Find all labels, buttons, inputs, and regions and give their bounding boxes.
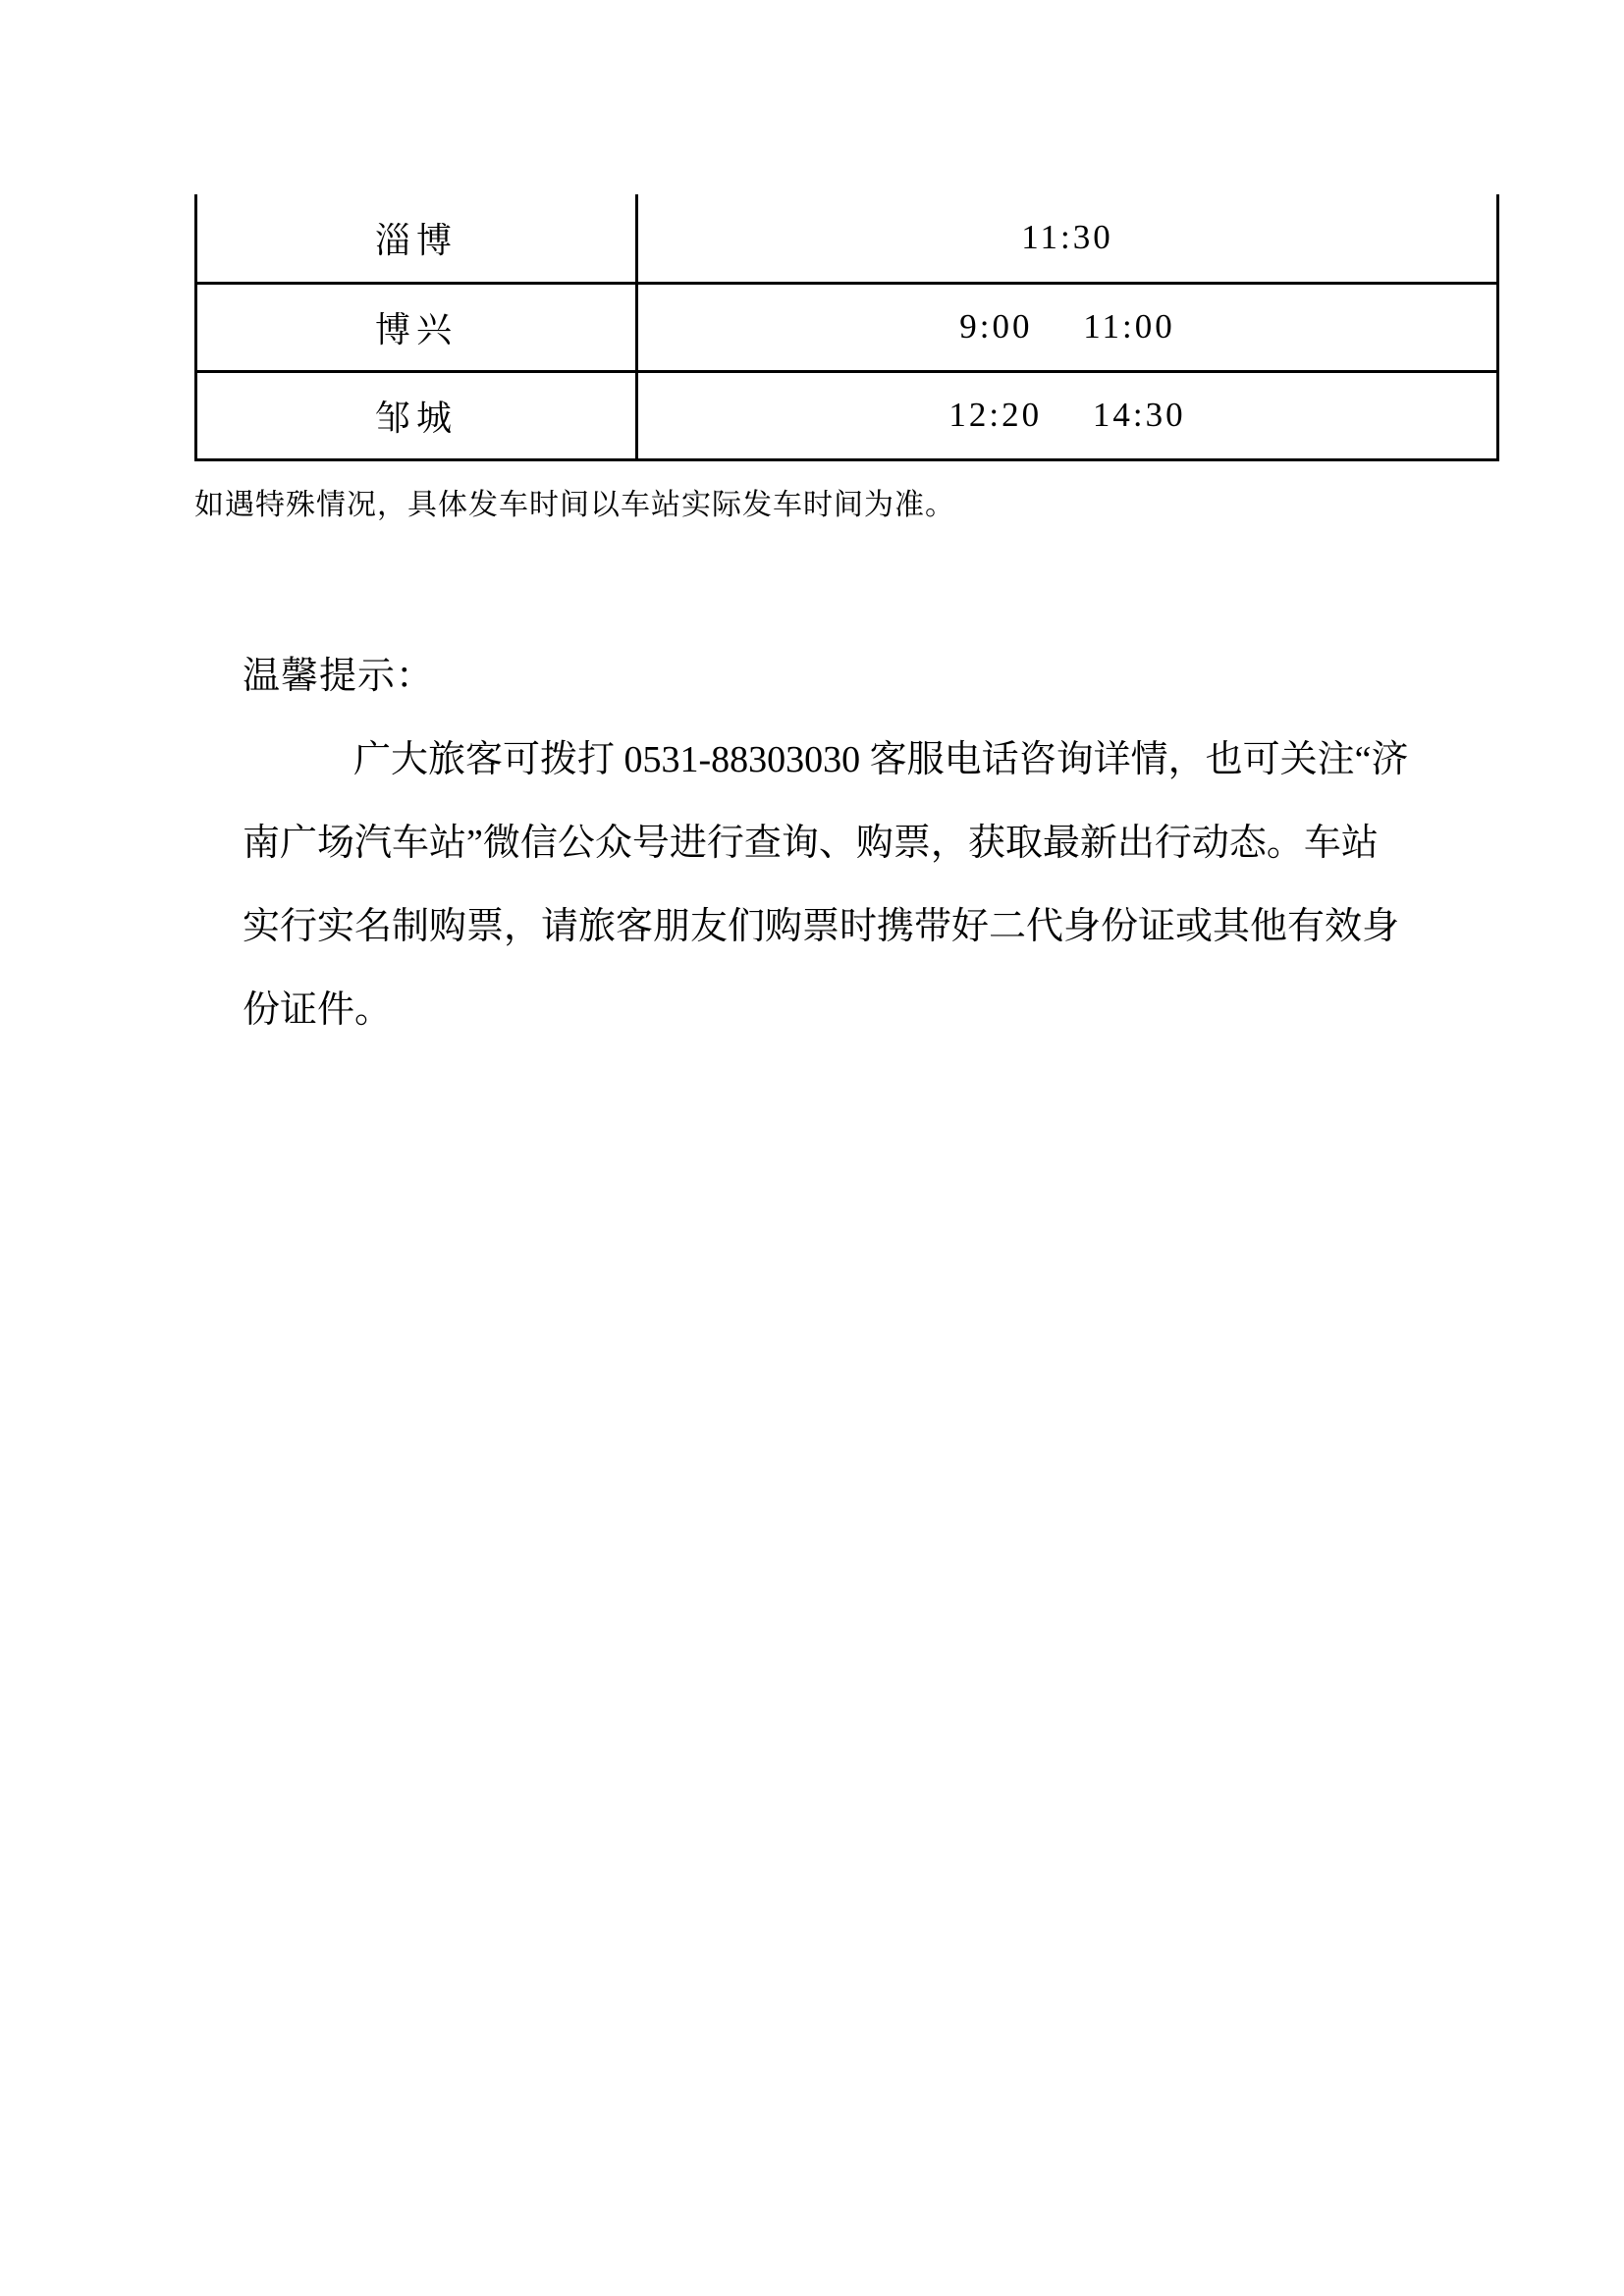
times-cell: 12:20 14:30 [637,371,1498,459]
departure-time: 11:00 [1083,307,1174,346]
departure-time: 11:30 [1021,218,1112,256]
departure-time: 14:30 [1093,396,1186,434]
departure-time: 12:20 [948,396,1042,434]
destination-cell: 博兴 [196,283,637,371]
times-cell: 11:30 [637,194,1498,283]
table-row: 博兴 9:00 11:00 [196,283,1498,371]
document-page: 淄博 11:30 博兴 9:00 11:00 邹城 12:20 14:30 [0,0,1624,2296]
notice-line: 份证件。 [243,969,1450,1052]
destination-cell: 淄博 [196,194,637,283]
table-row: 淄博 11:30 [196,194,1498,283]
special-situation-note: 如遇特殊情况，具体发车时间以车站实际发车时间为准。 [194,463,955,547]
notice-heading: 温馨提示： [243,635,1450,719]
departure-time: 9:00 [959,307,1032,346]
notice-line: 实行实名制购票，请旅客朋友们购票时携带好二代身份证或其他有效身 [243,885,1450,969]
departure-schedule-table: 淄博 11:30 博兴 9:00 11:00 邹城 12:20 14:30 [194,194,1499,461]
destination-cell: 邹城 [196,371,637,459]
notice-line: 南广场汽车站”微信公众号进行查询、购票，获取最新出行动态。车站 [243,802,1450,885]
times-cell: 9:00 11:00 [637,283,1498,371]
table-row: 邹城 12:20 14:30 [196,371,1498,459]
warm-reminder-section: 温馨提示： 广大旅客可拨打 0531-88303030 客服电话咨询详情，也可关… [243,635,1450,1052]
notice-line: 广大旅客可拨打 0531-88303030 客服电话咨询详情，也可关注“济 [243,719,1450,802]
